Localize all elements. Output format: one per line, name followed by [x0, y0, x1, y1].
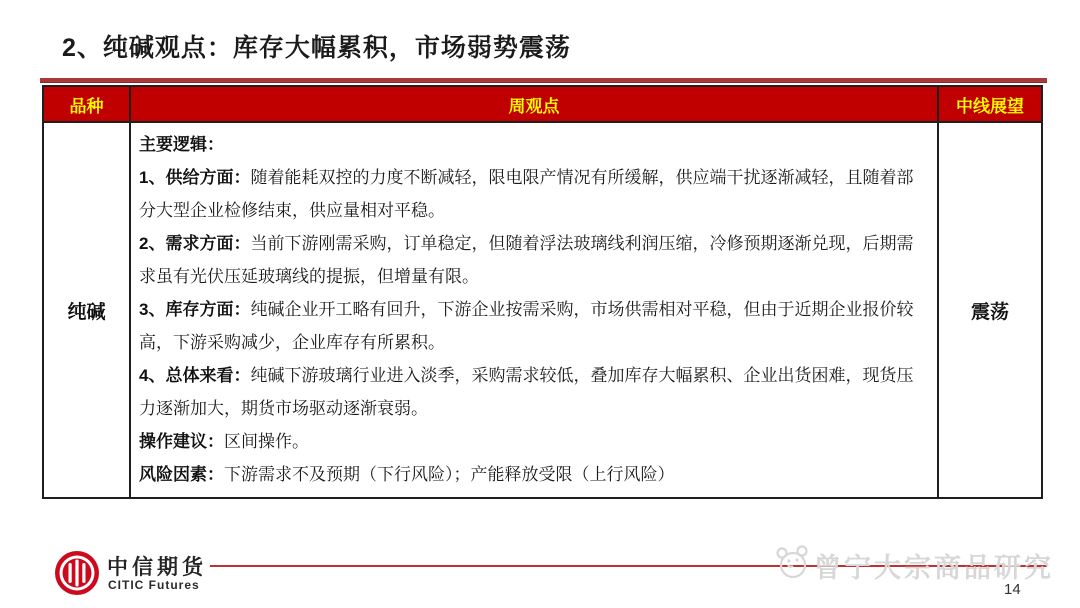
view-paragraph-advice: 操作建议：区间操作。	[139, 425, 928, 458]
table-header-variety: 品种	[44, 87, 129, 123]
page-title: 2、纯碱观点：库存大幅累积，市场弱势震荡	[62, 28, 571, 64]
page-number: 14	[1004, 581, 1021, 598]
view-paragraph-label: 1、供给方面：	[139, 168, 250, 187]
view-paragraph-inventory: 3、库存方面：纯碱企业开工略有回升，下游企业按需采购，市场供需相对平稳，但由于近…	[139, 293, 928, 359]
watermark-text: 曾宁大宗商品研究	[814, 546, 1054, 585]
table-header-weekly-view: 周观点	[129, 87, 939, 123]
view-paragraph-label: 风险因素：	[139, 465, 224, 484]
view-paragraph-label: 主要逻辑：	[139, 135, 224, 154]
view-paragraph-label: 3、库存方面：	[139, 300, 250, 319]
table-header-midline-outlook: 中线展望	[939, 87, 1041, 123]
brand-name-english: CITIC Futures	[108, 578, 200, 592]
view-paragraph-text: 纯碱企业开工略有回升，下游企业按需采购，市场供需相对平稳，但由于近期企业报价较高…	[139, 300, 913, 352]
view-paragraph-text: 区间操作。	[224, 432, 309, 451]
view-paragraph-risk: 风险因素：下游需求不及预期（下行风险）；产能释放受限（上行风险）	[139, 458, 928, 491]
title-underline-rule	[40, 78, 1047, 83]
table-cell-outlook: 震荡	[939, 123, 1041, 497]
citic-logo-icon	[54, 550, 100, 601]
view-paragraph-text: 纯碱下游玻璃行业进入淡季，采购需求较低，叠加库存大幅累积、企业出货困难，现货压力…	[139, 366, 913, 418]
table-cell-weekly-view: 主要逻辑： 1、供给方面：随着能耗双控的力度不断减轻，限电限产情况有所缓解，供应…	[129, 123, 939, 497]
table-cell-variety: 纯碱	[44, 123, 129, 497]
view-paragraph-supply: 1、供给方面：随着能耗双控的力度不断减轻，限电限产情况有所缓解，供应端干扰逐渐减…	[139, 161, 928, 227]
watermark-mascot-icon	[772, 541, 814, 590]
view-paragraph-overall: 4、总体来看：纯碱下游玻璃行业进入淡季，采购需求较低，叠加库存大幅累积、企业出货…	[139, 359, 928, 425]
weekly-view-table: 品种 周观点 中线展望 纯碱 主要逻辑： 1、供给方面：随着能耗双控的力度不断减…	[42, 85, 1043, 499]
brand-name-chinese: 中信期货	[107, 551, 207, 581]
view-paragraph-label: 2、需求方面：	[139, 234, 250, 253]
view-paragraph-label: 4、总体来看：	[139, 366, 250, 385]
view-paragraph-main-logic: 主要逻辑：	[139, 128, 928, 161]
view-paragraph-text: 随着能耗双控的力度不断减轻，限电限产情况有所缓解，供应端干扰逐渐减轻，且随着部分…	[139, 168, 913, 220]
view-paragraph-text: 当前下游刚需采购，订单稳定，但随着浮法玻璃线利润压缩，冷修预期逐渐兑现，后期需求…	[139, 234, 913, 286]
view-paragraph-text: 下游需求不及预期（下行风险）；产能释放受限（上行风险）	[224, 465, 675, 484]
view-paragraph-label: 操作建议：	[139, 432, 224, 451]
view-paragraph-demand: 2、需求方面：当前下游刚需采购，订单稳定，但随着浮法玻璃线利润压缩，冷修预期逐渐…	[139, 227, 928, 293]
slide: 2、纯碱观点：库存大幅累积，市场弱势震荡 品种 周观点 中线展望 纯碱 主要逻辑…	[0, 0, 1080, 608]
